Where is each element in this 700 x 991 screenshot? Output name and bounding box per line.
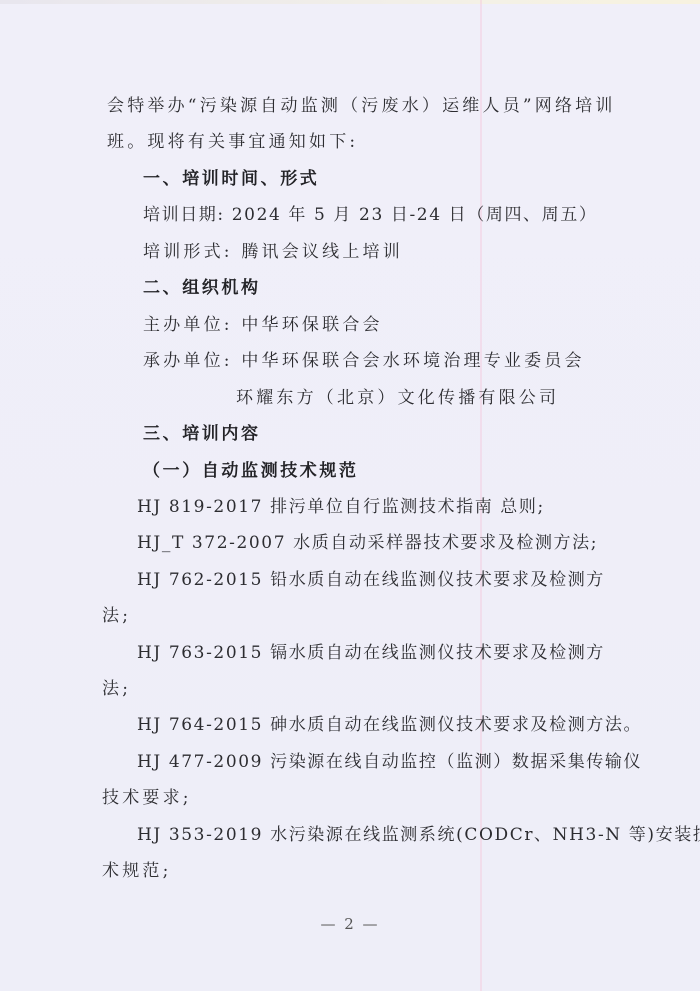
standard-hjt372: HJ_T 372-2007 水质自动采样器技术要求及检测方法; xyxy=(137,532,598,554)
document-page: 会特举办“污染源自动监测（污废水）运维人员”网络培训 班。现将有关事宜通知如下:… xyxy=(0,0,700,991)
page-number: — 2 — xyxy=(310,915,390,933)
subsection-1-heading: （一）自动监测技术规范 xyxy=(143,460,359,482)
standard-hj477-line-1: HJ 477-2009 污染源在线自动监控（监测）数据采集传输仪 xyxy=(137,751,642,773)
intro-paragraph-line-2: 班。现将有关事宜通知如下: xyxy=(107,131,358,153)
standard-hj353-line-2: 术规范; xyxy=(102,860,172,882)
training-date-text: 培训日期: 2024 年 5 月 23 日-24 日（周四、周五） xyxy=(143,204,597,226)
standard-hj762-line-2: 法; xyxy=(102,605,131,627)
standard-hj353-line-1: HJ 353-2019 水污染源在线监测系统(CODCr、NH3-N 等)安装技 xyxy=(137,824,700,846)
standard-hj763-line-2: 法; xyxy=(102,678,131,700)
section-3-heading: 三、培训内容 xyxy=(143,423,261,445)
intro-paragraph-line-1: 会特举办“污染源自动监测（污废水）运维人员”网络培训 xyxy=(107,95,616,117)
standard-hj477-line-2: 技术要求; xyxy=(102,787,192,809)
organizer-text-line-1: 承办单位: 中华环保联合会水环境治理专业委员会 xyxy=(143,350,585,372)
standard-hj819: HJ 819-2017 排污单位自行监测技术指南 总则; xyxy=(137,496,545,518)
standard-hj763-line-1: HJ 763-2015 镉水质自动在线监测仪技术要求及检测方 xyxy=(137,642,605,664)
host-organization-text: 主办单位: 中华环保联合会 xyxy=(143,314,383,336)
section-2-heading: 二、组织机构 xyxy=(143,277,261,299)
standard-hj764: HJ 764-2015 砷水质自动在线监测仪技术要求及检测方法。 xyxy=(137,714,642,736)
page-top-edge xyxy=(0,0,700,4)
section-1-heading: 一、培训时间、形式 xyxy=(143,168,319,190)
training-format-text: 培训形式: 腾讯会议线上培训 xyxy=(143,241,403,263)
standard-hj762-line-1: HJ 762-2015 铅水质自动在线监测仪技术要求及检测方 xyxy=(137,569,605,591)
organizer-text-line-2: 环耀东方（北京）文化传播有限公司 xyxy=(236,387,559,409)
